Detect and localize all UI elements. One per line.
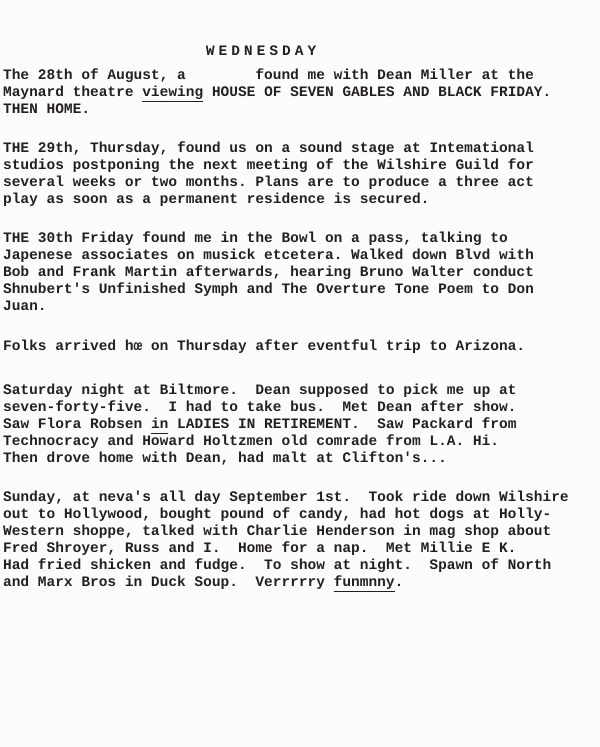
text-line: seven-forty-five. I had to take bus. Met…	[3, 400, 584, 417]
text-line: and Marx Bros in Duck Soup. Verrrrry fun…	[3, 575, 584, 592]
paragraph: THE 30th Friday found me in the Bowl on …	[3, 231, 584, 316]
text-line: Japenese associates on musick etcetera. …	[3, 248, 584, 265]
text-segment: Then drove home with Dean, had malt at C…	[3, 451, 447, 467]
text-line: Juan.	[3, 299, 584, 316]
text-segment: .	[395, 575, 404, 591]
text-line: Saw Flora Robsen in LADIES IN RETIREMENT…	[3, 417, 584, 434]
text-segment: Bob and Frank Martin afterwards, hearing…	[3, 265, 534, 281]
text-segment: Had fried shicken and fudge. To show at …	[3, 558, 551, 574]
text-segment: THE 30th Friday found me in the Bowl on …	[3, 231, 508, 247]
text-segment: Technocracy and Howard Holtzmen old comr…	[3, 434, 499, 450]
text-line: The 28th of August, a found me with Dean…	[3, 68, 584, 85]
document-body: The 28th of August, a found me with Dean…	[3, 68, 584, 592]
paragraph: Sunday, at neva's all day September 1st.…	[3, 490, 584, 592]
text-segment: Sunday, at neva's all day September 1st.…	[3, 490, 569, 506]
text-line: out to Hollywood, bought pound of candy,…	[3, 507, 584, 524]
paragraph: The 28th of August, a found me with Dean…	[3, 68, 584, 119]
text-segment: Maynard theatre	[3, 85, 142, 101]
text-segment: THE 29th, Thursday, found us on a sound …	[3, 141, 534, 157]
text-line: Then drove home with Dean, had malt at C…	[3, 451, 584, 468]
underlined-text: viewing	[142, 85, 203, 102]
paragraph: THE 29th, Thursday, found us on a sound …	[3, 141, 584, 209]
text-segment: Western shoppe, talked with Charlie Hend…	[3, 524, 551, 540]
text-segment: Juan.	[3, 299, 47, 315]
text-line: Western shoppe, talked with Charlie Hend…	[3, 524, 584, 541]
text-segment: Japenese associates on musick etcetera. …	[3, 248, 534, 264]
text-line: Folks arrived hœ on Thursday after event…	[3, 339, 584, 356]
text-line: Maynard theatre viewing HOUSE OF SEVEN G…	[3, 85, 584, 102]
text-segment: Fred Shroyer, Russ and I. Home for a nap…	[3, 541, 516, 557]
text-segment: Shnubert's Unfinished Symph and The Over…	[3, 282, 534, 298]
paragraph: Folks arrived hœ on Thursday after event…	[3, 339, 584, 356]
text-line: THEN HOME.	[3, 102, 584, 119]
paragraph: Saturday night at Biltmore. Dean suppose…	[3, 383, 584, 468]
text-line: Had fried shicken and fudge. To show at …	[3, 558, 584, 575]
text-line: studios postponing the next meeting of t…	[3, 158, 584, 175]
text-line: Saturday night at Biltmore. Dean suppose…	[3, 383, 584, 400]
text-segment: and Marx Bros in Duck Soup. Verrrrry	[3, 575, 334, 591]
text-segment: THEN HOME.	[3, 102, 90, 118]
text-segment: LADIES IN RETIREMENT. Saw Packard from	[168, 417, 516, 433]
text-segment: seven-forty-five. I had to take bus. Met…	[3, 400, 516, 416]
text-line: THE 30th Friday found me in the Bowl on …	[3, 231, 584, 248]
text-line: Bob and Frank Martin afterwards, hearing…	[3, 265, 584, 282]
text-segment: out to Hollywood, bought pound of candy,…	[3, 507, 551, 523]
text-line: Technocracy and Howard Holtzmen old comr…	[3, 434, 584, 451]
text-line: THE 29th, Thursday, found us on a sound …	[3, 141, 584, 158]
text-line: Fred Shroyer, Russ and I. Home for a nap…	[3, 541, 584, 558]
text-line: Sunday, at neva's all day September 1st.…	[3, 490, 584, 507]
text-segment: several weeks or two months. Plans are t…	[3, 175, 534, 191]
text-segment: play as soon as a permanent residence is…	[3, 192, 429, 208]
text-segment: Saturday night at Biltmore. Dean suppose…	[3, 383, 516, 399]
text-segment: Saw Flora Robsen	[3, 417, 151, 433]
text-line: play as soon as a permanent residence is…	[3, 192, 584, 209]
text-segment: Folks arrived hœ on Thursday after event…	[3, 339, 525, 355]
underlined-text: funmnny	[334, 575, 395, 592]
text-line: Shnubert's Unfinished Symph and The Over…	[3, 282, 584, 299]
text-segment: The 28th of August, a found me with Dean…	[3, 68, 534, 84]
text-segment: HOUSE OF SEVEN GABLES AND BLACK FRIDAY.	[203, 85, 551, 101]
underlined-text: in	[151, 417, 168, 434]
text-line: several weeks or two months. Plans are t…	[3, 175, 584, 192]
text-segment: studios postponing the next meeting of t…	[3, 158, 534, 174]
document-title: WEDNESDAY	[3, 44, 523, 61]
typewritten-page: WEDNESDAY The 28th of August, a found me…	[0, 0, 600, 747]
